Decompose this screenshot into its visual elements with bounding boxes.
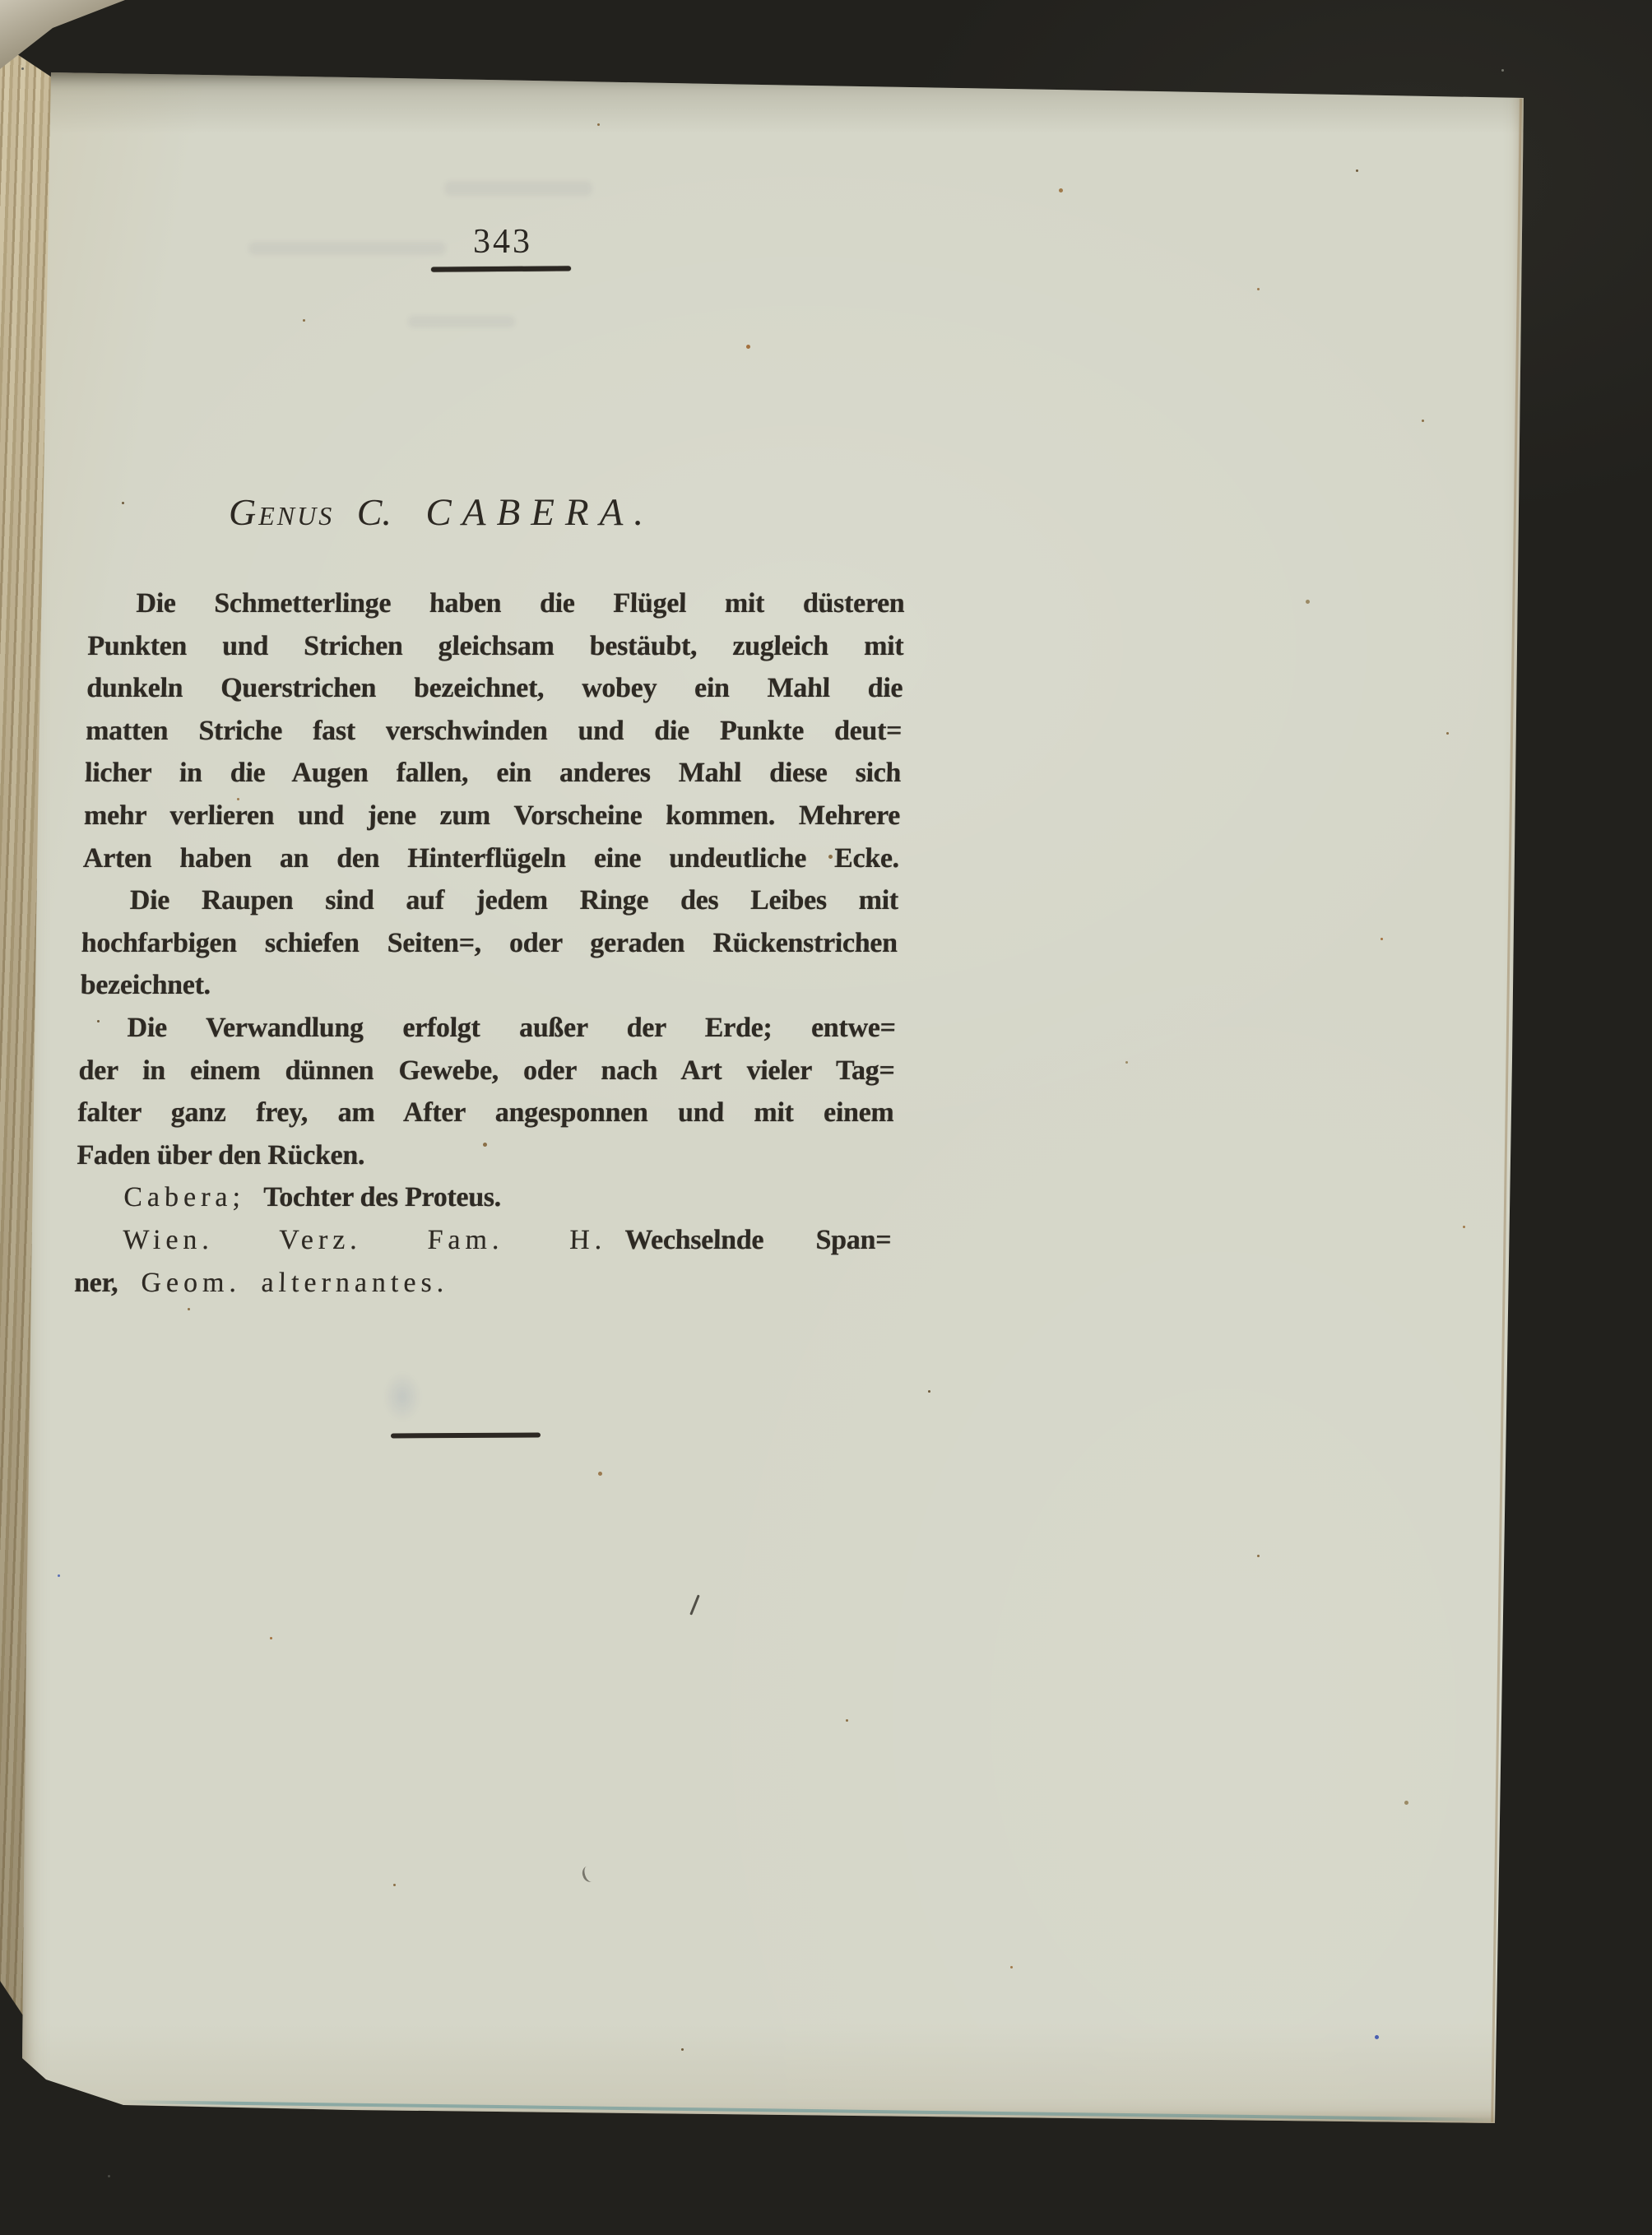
page-number-rule	[431, 266, 571, 271]
text-line: Arten haben an den Hinterflügeln eine un…	[82, 837, 899, 880]
fraktur-text: Tochter des Proteus.	[263, 1182, 502, 1213]
page-number: 343	[408, 222, 597, 262]
text-line: Punkten und Strichen gleichsam bestäubt,…	[87, 625, 904, 668]
genus-label: Genus	[229, 491, 334, 533]
text-line: dunkeln Querstrichen bezeichnet, wobey e…	[86, 667, 903, 710]
ink-artifact	[580, 1864, 598, 1884]
text-line: bezeichnet.	[80, 964, 897, 1007]
ink-showthrough	[408, 316, 515, 327]
body-text: Die Schmetterlinge haben die Flügel mit …	[74, 582, 905, 1304]
book-scan-background: 343 Genus C. CABERA. Die Schmetterlinge …	[0, 0, 1652, 2235]
roman-text: Geom. alternantes.	[141, 1268, 449, 1298]
ink-artifact	[383, 1372, 421, 1421]
text-line: ner,Geom. alternantes.	[74, 1262, 891, 1305]
text-line: hochfarbigen schiefen Seiten=, oder gera…	[81, 922, 898, 965]
fraktur-text: Wechselnde Span=	[624, 1225, 892, 1255]
genus-name: CABERA.	[425, 491, 654, 534]
roman-text: Cabera;	[123, 1182, 245, 1213]
text-line: der in einem dünnen Gewebe, oder nach Ar…	[78, 1050, 895, 1092]
text-line: falter ganz frey, am After angesponnen u…	[77, 1092, 894, 1134]
text-line: matten Striche fast verschwinden und die…	[86, 710, 903, 753]
genus-letter: C.	[357, 491, 392, 533]
section-end-rule	[391, 1433, 541, 1439]
ink-artifact	[689, 1594, 700, 1615]
text-line: licher in die Augen fallen, ein anderes …	[85, 752, 902, 795]
text-line: Wien. Verz. Fam. H.Wechselnde Span=	[75, 1219, 892, 1262]
page-edge-line	[1491, 99, 1522, 2122]
fraktur-text: ner,	[74, 1268, 118, 1298]
text-line: Cabera;Tochter des Proteus.	[76, 1176, 893, 1219]
text-line: Die Raupen sind auf jedem Ringe des Leib…	[81, 879, 898, 922]
section-heading: Genus C. CABERA.	[229, 490, 654, 535]
roman-text: Wien. Verz. Fam. H.	[123, 1225, 607, 1255]
text-line: Die Verwandlung erfolgt außer der Erde; …	[79, 1007, 896, 1050]
text-line: Die Schmetterlinge haben die Flügel mit …	[88, 582, 905, 625]
dust-speck	[21, 67, 24, 70]
text-line: Faden über den Rücken.	[77, 1134, 893, 1177]
text-line: mehr verlieren und jene zum Vorscheine k…	[84, 795, 901, 837]
ink-showthrough	[444, 181, 592, 196]
book-page: 343 Genus C. CABERA. Die Schmetterlinge …	[21, 72, 1524, 2126]
scanner-edge-line	[120, 2100, 1496, 2121]
